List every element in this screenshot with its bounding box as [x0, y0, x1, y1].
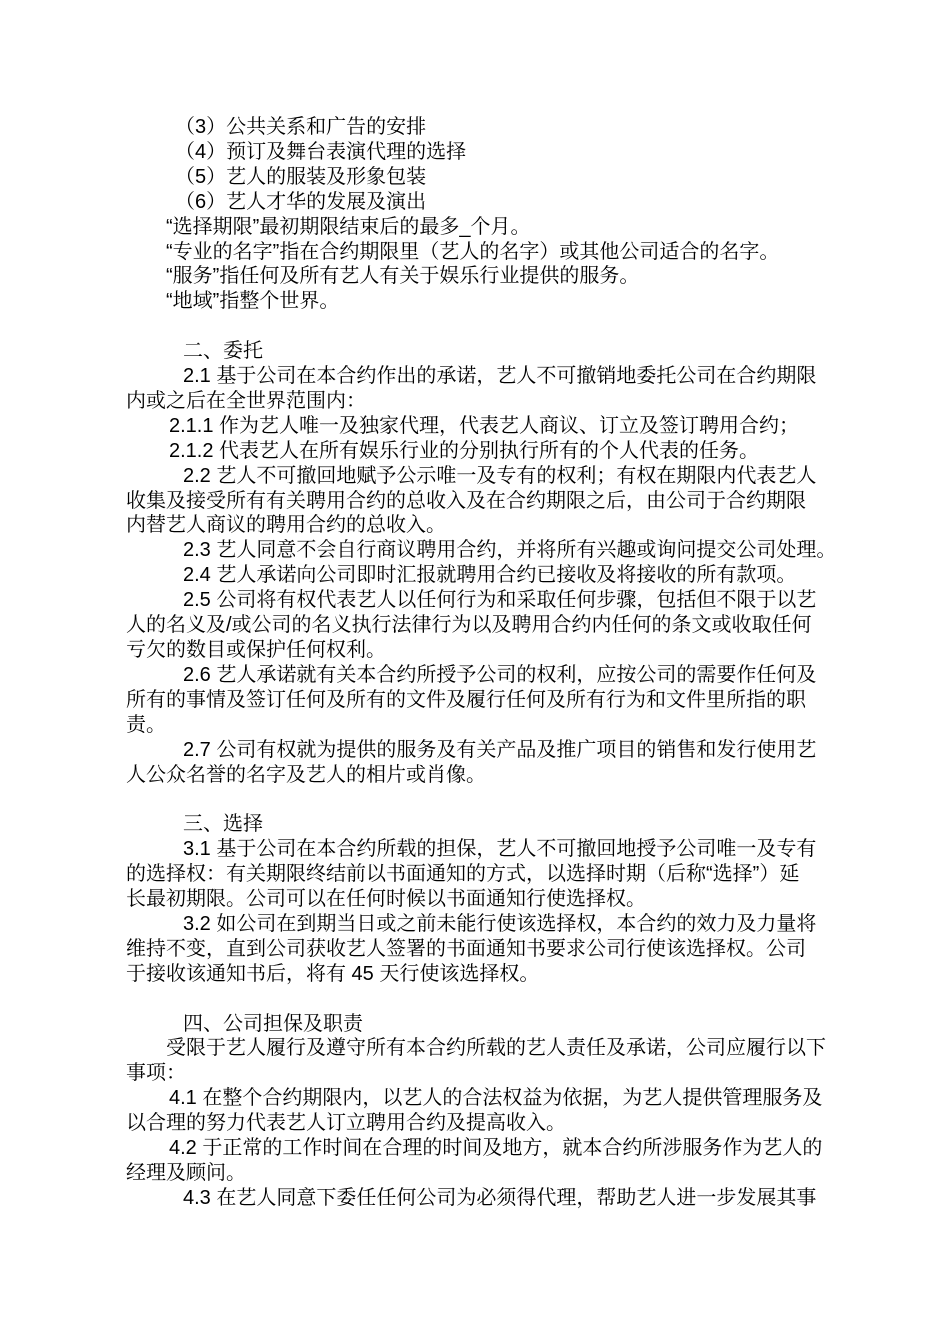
document-line: 4.1 在整个合约期限内，以艺人的合法权益为依据，为艺人提供管理服务及 [126, 1086, 940, 1111]
document-line: （6）艺人才华的发展及演出 [126, 190, 940, 215]
document-page: （3）公共关系和广告的安排（4）预订及舞台表演代理的选择（5）艺人的服装及形象包… [0, 0, 950, 1344]
block-section-4-company-duties: 四、公司担保及职责受限于艺人履行及遵守所有本合约所载的艺人责任及承诺，公司应履行… [126, 1012, 940, 1211]
document-line: 以合理的努力代表艺人订立聘用合约及提高收入。 [126, 1111, 940, 1136]
blank-line [126, 787, 940, 812]
document-line: 2.4 艺人承诺向公司即时汇报就聘用合约已接收及将接收的所有款项。 [126, 563, 940, 588]
document-line: “专业的名字”指在合约期限里（艺人的名字）或其他公司适合的名字。 [126, 240, 940, 265]
document-line: 所有的事情及签订任何及所有的文件及履行任何及所有行为和文件里所指的职 [126, 688, 940, 713]
document-line: 2.1 基于公司在本合约作出的承诺，艺人不可撤销地委托公司在合约期限 [126, 364, 940, 389]
block-definitions: “选择期限”最初期限结束后的最多_个月。“专业的名字”指在合约期限里（艺人的名字… [126, 215, 940, 315]
document-line: 的选择权：有关期限终结前以书面通知的方式，以选择时期（后称“选择”）延 [126, 862, 940, 887]
block-spacer-3 [126, 987, 940, 1012]
blank-line [126, 987, 940, 1012]
document-line: 维持不变，直到公司获收艺人签署的书面通知书要求公司行使该选择权。公司 [126, 937, 940, 962]
document-line: 2.3 艺人同意不会自行商议聘用合约，并将所有兴趣或询问提交公司处理。 [126, 538, 940, 563]
block-section-3-option: 三、选择3.1 基于公司在本合约所载的担保，艺人不可撤回地授予公司唯一及专有的选… [126, 812, 940, 986]
document-line: 2.2 艺人不可撤回地赋予公示唯一及专有的权利；有权在期限内代表艺人 [126, 464, 940, 489]
document-line: 2.1.1 作为艺人唯一及独家代理，代表艺人商议、订立及签订聘用合约； [126, 414, 940, 439]
document-line: 受限于艺人履行及遵守所有本合约所载的艺人责任及承诺，公司应履行以下 [126, 1036, 940, 1061]
contract-text: （3）公共关系和广告的安排（4）预订及舞台表演代理的选择（5）艺人的服装及形象包… [126, 115, 940, 1211]
document-line: 2.7 公司有权就为提供的服务及有关产品及推广项目的销售和发行使用艺 [126, 738, 940, 763]
document-line: 2.1.2 代表艺人在所有娱乐行业的分别执行所有的个人代表的任务。 [126, 439, 940, 464]
document-line: 4.2 于正常的工作时间在合理的时间及地方，就本合约所涉服务作为艺人的 [126, 1136, 940, 1161]
document-line: “服务”指任何及所有艺人有关于娱乐行业提供的服务。 [126, 264, 940, 289]
block-spacer-2 [126, 787, 940, 812]
document-line: 内或之后在全世界范围内： [126, 389, 940, 414]
document-line: 4.3 在艺人同意下委任任何公司为必须得代理，帮助艺人进一步发展其事 [126, 1186, 940, 1211]
document-line: 3.2 如公司在到期当日或之前未能行使该选择权，本合约的效力及力量将 [126, 912, 940, 937]
document-line: 亏欠的数目或保护任何权利。 [126, 638, 940, 663]
blank-line [126, 314, 940, 339]
document-line: 事项： [126, 1061, 940, 1086]
document-line: 收集及接受所有有关聘用合约的总收入及在合约期限之后，由公司于合约期限 [126, 489, 940, 514]
document-line: 三、选择 [126, 812, 940, 837]
document-line: 责。 [126, 713, 940, 738]
document-line: 2.5 公司将有权代表艺人以任何行为和采取任何步骤，包括但不限于以艺 [126, 588, 940, 613]
document-line: 3.1 基于公司在本合约所载的担保，艺人不可撤回地授予公司唯一及专有 [126, 837, 940, 862]
document-line: “选择期限”最初期限结束后的最多_个月。 [126, 215, 940, 240]
document-line: 长最初期限。公司可以在任何时候以书面通知行使选择权。 [126, 887, 940, 912]
document-line: 二、委托 [126, 339, 940, 364]
document-line: （3）公共关系和广告的安排 [126, 115, 940, 140]
document-line: 2.6 艺人承诺就有关本合约所授予公司的权利，应按公司的需要作任何及 [126, 663, 940, 688]
document-line: （5）艺人的服装及形象包装 [126, 165, 940, 190]
document-line: 内替艺人商议的聘用合约的总收入。 [126, 513, 940, 538]
document-line: 四、公司担保及职责 [126, 1012, 940, 1037]
document-line: “地域”指整个世界。 [126, 289, 940, 314]
block-obligations-list: （3）公共关系和广告的安排（4）预订及舞台表演代理的选择（5）艺人的服装及形象包… [126, 115, 940, 215]
block-spacer-1 [126, 314, 940, 339]
block-section-2-entrustment: 二、委托2.1 基于公司在本合约作出的承诺，艺人不可撤销地委托公司在合约期限内或… [126, 339, 940, 787]
document-line: （4）预订及舞台表演代理的选择 [126, 140, 940, 165]
document-line: 于接收该通知书后，将有 45 天行使该选择权。 [126, 962, 940, 987]
document-line: 人公众名誉的名字及艺人的相片或肖像。 [126, 763, 940, 788]
document-line: 经理及顾问。 [126, 1161, 940, 1186]
document-line: 人的名义及/或公司的名义执行法律行为以及聘用合约内任何的条文或收取任何 [126, 613, 940, 638]
